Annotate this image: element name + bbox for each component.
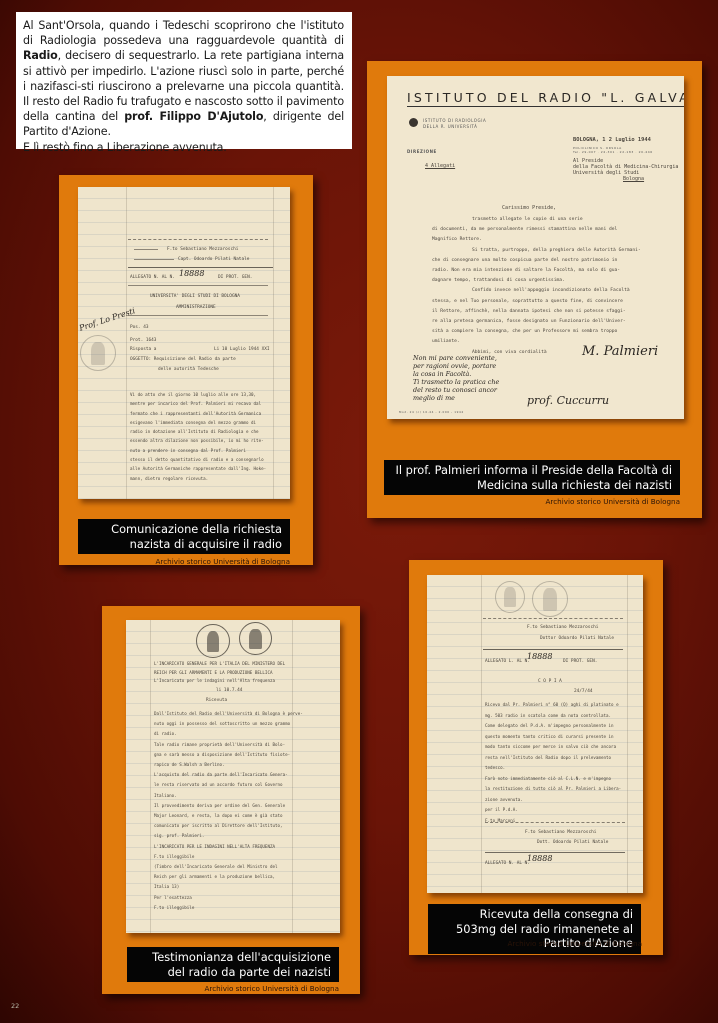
typed-line: di documenti, da me personalmente rimess…: [432, 225, 672, 235]
typed-line: (Timbro dell'Incaricato Generale del Min…: [154, 862, 334, 872]
handwritten-line: Ti trasmetto la pratica che: [413, 378, 499, 386]
handwritten-line: la cosa in Facoltà.: [413, 370, 499, 378]
salutation: Carissimo Preside,: [502, 206, 556, 211]
typed-line: radio in dotazione all'Istituto di Radio…: [130, 427, 280, 436]
header-line: F.to Sebastiano Mezzaroschi: [527, 625, 598, 630]
seal-icon: [495, 581, 525, 613]
typed-line: modo tanto siccome per merce in salvo ci…: [485, 742, 635, 753]
protocol-label: DI PROT. GEN.: [218, 275, 252, 280]
testimony-header: L'INCARICATO GENERALE PER L'ITALIA DEL M…: [154, 660, 285, 686]
oggetto-line-2: delle autorità Tedesche: [158, 367, 219, 372]
typed-line: Per l'esattezza: [154, 893, 334, 903]
typed-line: F.to Marconi: [485, 816, 635, 827]
handwritten-line: Non mi pare conveniente,: [413, 354, 499, 362]
receipt-body: Ricevo dal Pr. Palmieri n° 60 (Q) aghi d…: [485, 700, 635, 826]
page-number: 22: [11, 1002, 19, 1010]
handwritten-line: per ragioni ovvie, portare: [413, 362, 499, 370]
typed-line: esigevano l'immediata consegna del mezzo…: [130, 418, 280, 427]
header-line: F.to Sebastiano Mezzaroschi: [167, 247, 238, 252]
typed-line: dagnare tempo, trattandosi di cosa urgen…: [432, 276, 672, 286]
protocol-number: Prot. 1643: [130, 338, 156, 343]
oggetto-label: OGGETTO: Requisizione del Radio da parte: [130, 357, 236, 362]
position-label: Pos. 43: [130, 325, 149, 330]
risposta-label: Risposta a: [130, 347, 156, 352]
handwritten-margin-note: Prof. Lo Presti: [78, 306, 136, 333]
typed-line: L'acquisto del radio da parte dell'Incar…: [154, 770, 334, 780]
footer-line: F.to Sebastiano Mezzaroschi: [525, 830, 596, 835]
testimony-date: li 10.7.44: [216, 688, 242, 693]
typed-line: fermato che i rappresentanti dell'Autori…: [130, 409, 280, 418]
typed-line: L'Incaricato per le indagini nell'Alta f…: [154, 677, 285, 686]
letterhead-sub-2: DELLA R. UNIVERSITÀ: [423, 124, 477, 129]
credit-palmieri-letter: Archivio storico Università di Bologna: [430, 497, 680, 506]
typed-line: essendo altra dilazione non possibile, i…: [130, 436, 280, 445]
allegato-footer-number: 18888: [527, 854, 552, 863]
request-body: Vi do atto che il giorno 10 luglio alle …: [130, 390, 280, 483]
intro-last-line: E lì restò fino a Liberazione avvenuta.: [23, 141, 227, 154]
intro-emphasis: Radio: [23, 49, 58, 62]
typed-line: le resta riservato ad un accordo futuro …: [154, 780, 334, 790]
typed-line: resta nell'Istituto del Radio dopo il pr…: [485, 753, 635, 764]
typed-line: stesso il detto quantitativo di radio e …: [130, 455, 280, 464]
typed-line: Dall'Istituto del Radio dell'Università …: [154, 709, 334, 719]
handwritten-line: del resto tu conosci ancor: [413, 386, 499, 394]
typed-line: Italiano.: [154, 791, 334, 801]
document-nazi-request: F.to Sebastiano Mezzaroschi Capt. Odoard…: [78, 187, 290, 499]
typed-line: Si tratta, purtroppo, della preghiera de…: [432, 246, 672, 256]
typed-line: Vi do atto che il giorno 10 luglio alle …: [130, 390, 280, 399]
allegato-footer-label: ALLEGATO N. AL N.: [485, 861, 530, 866]
recipient-block: Al Preside della Facoltà di Medicina-Chi…: [573, 158, 678, 182]
typed-line: Tale radio rimane proprietà dell'Univers…: [154, 740, 334, 750]
reference-number: 24/7/44: [574, 689, 593, 694]
letterhead: ISTITUTO DEL RADIO "L. GALVANI": [407, 90, 684, 107]
typed-line: Italia 13): [154, 882, 334, 892]
typed-line: Reich per gli armamenti e la produzione …: [154, 872, 334, 882]
intro-text: Al Sant'Orsola, quando i Tedeschi scopri…: [23, 19, 344, 47]
allegato-number: 18888: [179, 269, 204, 278]
caption-nazi-request: Comunicazione della richiesta nazista di…: [78, 519, 290, 554]
typed-line: mentre per incarico del Prof. Palmieri m…: [130, 399, 280, 408]
place-date: BOLOGNA, 1 2 Luglio 1944: [573, 138, 651, 143]
typed-line: mann, dietro regolare ricevuta.: [130, 474, 280, 483]
typed-line: Magnifico Rettore.: [432, 235, 672, 245]
typed-line: questo momento tanto critico di curarsi …: [485, 732, 635, 743]
credit-nazi-request: Archivio storico Università di Bologna: [80, 557, 290, 566]
typed-line: per il P.d.A.: [485, 805, 635, 816]
allegati-label: 4 Allegati: [425, 164, 455, 169]
amministrazione-label: AMMINISTRAZIONE: [176, 305, 216, 310]
typed-line: re alla pretesa germanica, fosse designa…: [432, 317, 672, 327]
typed-line: zione avvenuta.: [485, 795, 635, 806]
typed-line: alle Autorità Germaniche rappresentate d…: [130, 464, 280, 473]
intro-paragraph: Al Sant'Orsola, quando i Tedeschi scopri…: [23, 18, 344, 155]
typed-line: tedesco.: [485, 763, 635, 774]
typed-line: nuto oggi in possesso del sottoscritto u…: [154, 719, 334, 729]
typed-line: la restituzione di tutto ciò al Pr. Palm…: [485, 784, 635, 795]
document-receipt: F.to Sebastiano Mezzaroschi Dottor Odoar…: [427, 575, 643, 893]
caption-palmieri-letter: Il prof. Palmieri informa il Preside del…: [384, 460, 680, 495]
typed-line: mg. 503 radio in scatola come da nota co…: [485, 711, 635, 722]
signature-note: prof. Cuccurru: [527, 394, 609, 407]
typed-line: Come delegato del P.d.A. m'impegno perso…: [485, 721, 635, 732]
typed-line: che di consegnare una molto cospicua par…: [432, 256, 672, 266]
typed-line: L'INCARICATO PER LE INDAGINI NELL'ALTA F…: [154, 842, 334, 852]
testimony-title: Ricevuta: [206, 698, 227, 703]
typed-line: Il provvedimento deriva per ordine del G…: [154, 801, 334, 811]
recipient-line: Bologna: [623, 176, 684, 182]
typed-line: rapico de S.Walsh a Berlino.: [154, 760, 334, 770]
header-line: Capt. Odoardo Pilati Natale: [178, 257, 249, 262]
typed-line: comunicato per iscritto al Direttore del…: [154, 821, 334, 831]
protocol-label: DI PROT. GEN.: [563, 659, 597, 664]
institute-logo-icon: [409, 118, 418, 127]
typed-line: sig. prof. Palmieri.: [154, 831, 334, 841]
handwritten-line: meglio di me: [413, 394, 499, 402]
allegato-label: ALLEGATO L. AL N.: [485, 659, 530, 664]
header-line: Dottor Odoardo Pilati Natale: [540, 636, 614, 641]
credit-testimony: Archivio storico Università di Bologna: [120, 984, 339, 993]
allegato-label: ALLEGATO N. AL N.: [130, 275, 175, 280]
stamp-icon: [80, 335, 116, 371]
testimony-body: Dall'Istituto del Radio dell'Università …: [154, 709, 334, 913]
typed-line: stessa, e nel Tuo personale, soprattutto…: [432, 297, 672, 307]
typed-line: L'INCARICATO GENERALE PER L'ITALIA DEL M…: [154, 660, 285, 669]
seal-icon: [532, 581, 568, 617]
typed-line: Farò noto immediatamente ciò al C.L.N. e…: [485, 774, 635, 785]
document-testimony: L'INCARICATO GENERALE PER L'ITALIA DEL M…: [126, 620, 340, 933]
footer-small: Mod. 24 (c) 10-44 - 2.000 - 1944: [399, 410, 464, 414]
direzione-label: DIREZIONE: [407, 149, 437, 154]
document-palmieri-letter: ISTITUTO DEL RADIO "L. GALVANI" ISTITUTO…: [387, 76, 684, 419]
credit-receipt: Archivio storico Università di Bologna: [420, 939, 642, 948]
typed-line: Ricevo dal Pr. Palmieri n° 60 (Q) aghi d…: [485, 700, 635, 711]
typed-line: trasmetto allegate le copie di una serie: [432, 215, 672, 225]
letter-body: trasmetto allegate le copie di una serie…: [432, 215, 672, 358]
seal-icon: [196, 624, 230, 658]
handwritten-note: Non mi pare conveniente,per ragioni ovvi…: [413, 354, 499, 402]
letterhead-sub-1: ISTITUTO DI RADIOLOGIA: [423, 118, 486, 123]
typed-line: radio. Non era mia intenzione di saltare…: [432, 266, 672, 276]
typed-line: Confido invece nell'appoggio incondizion…: [432, 286, 672, 296]
typed-line: il Rettore, affinchè, nella dannata ipot…: [432, 307, 672, 317]
copia-label: C O P I A: [538, 679, 562, 684]
address-small-2: Tel. 29-007 · 24-301 · 22-183 · 20-446: [573, 150, 653, 154]
typed-line: REICH PER GLI ARMAMENTI E LA PRODUZIONE …: [154, 669, 285, 678]
footer-line: Dott. Odoardo Pilati Natale: [537, 840, 608, 845]
university-name: UNIVERSITA' DEGLI STUDI DI BOLOGNA: [150, 294, 240, 299]
intro-text-box: Al Sant'Orsola, quando i Tedeschi scopri…: [16, 12, 352, 149]
typed-line: nuto a prendere in consegna dal Prof. Pa…: [130, 446, 280, 455]
allegato-number: 18888: [527, 652, 552, 661]
signature-sender: M. Palmieri: [582, 344, 658, 359]
intro-emphasis: prof. Filippo D'Ajutolo: [124, 110, 263, 123]
typed-line: F.to illeggibile: [154, 852, 334, 862]
typed-line: Major Leonard, e resta, la dopo ei come …: [154, 811, 334, 821]
typed-line: di radio.: [154, 729, 334, 739]
typed-line: sità a compiere la consegna, che per un …: [432, 327, 672, 337]
typed-line: F.to illeggibile: [154, 903, 334, 913]
typed-line: gna e sarà messo a disposizione dell'Ist…: [154, 750, 334, 760]
document-date: Li 10 Luglio 1944 XXI: [214, 347, 270, 352]
seal-icon: [239, 622, 272, 655]
caption-testimony: Testimonianza dell'acquisizione del radi…: [127, 947, 339, 982]
